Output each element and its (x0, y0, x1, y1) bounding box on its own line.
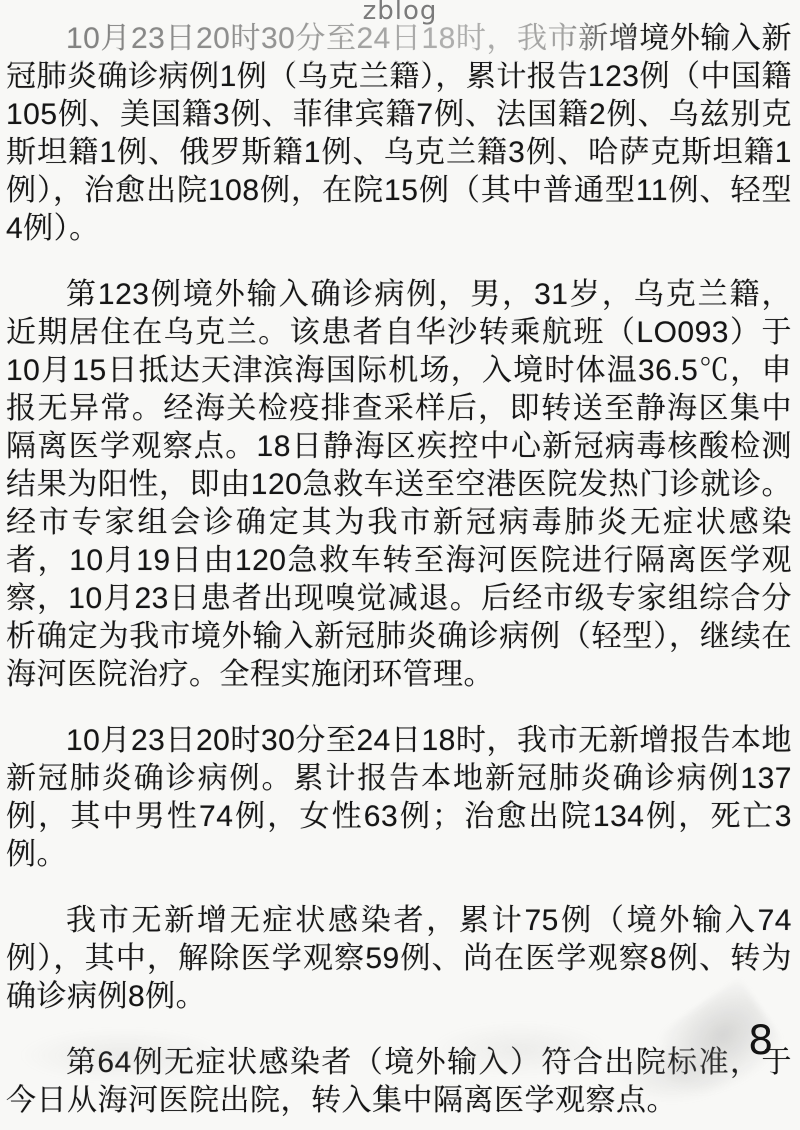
article-page: zblog 10月23日20时30分至24日18时，我市新增境外输入新冠肺炎确诊… (0, 0, 800, 1130)
paragraph-asymptomatic-cases: 我市无新增无症状感染者，累计75例（境外输入74例），其中，解除医学观察59例、… (6, 902, 792, 1016)
paragraph-new-imported-cases: 10月23日20时30分至24日18时，我市新增境外输入新冠肺炎确诊病例1例（乌… (6, 20, 792, 248)
paragraph-case-123-details: 第123例境外输入确诊病例，男，31岁，乌克兰籍，近期居住在乌克兰。该患者自华沙… (6, 276, 792, 694)
paragraph-local-cases: 10月23日20时30分至24日18时，我市无新增报告本地新冠肺炎确诊病例。累计… (6, 722, 792, 874)
paragraph-case-64-discharge: 第64例无症状感染者（境外输入）符合出院标准，于今日从海河医院出院，转入集中隔离… (6, 1044, 792, 1120)
article-body: 10月23日20时30分至24日18时，我市新增境外输入新冠肺炎确诊病例1例（乌… (0, 0, 800, 1120)
page-number: 8 (748, 1018, 773, 1064)
zblog-watermark: zblog (363, 0, 438, 26)
